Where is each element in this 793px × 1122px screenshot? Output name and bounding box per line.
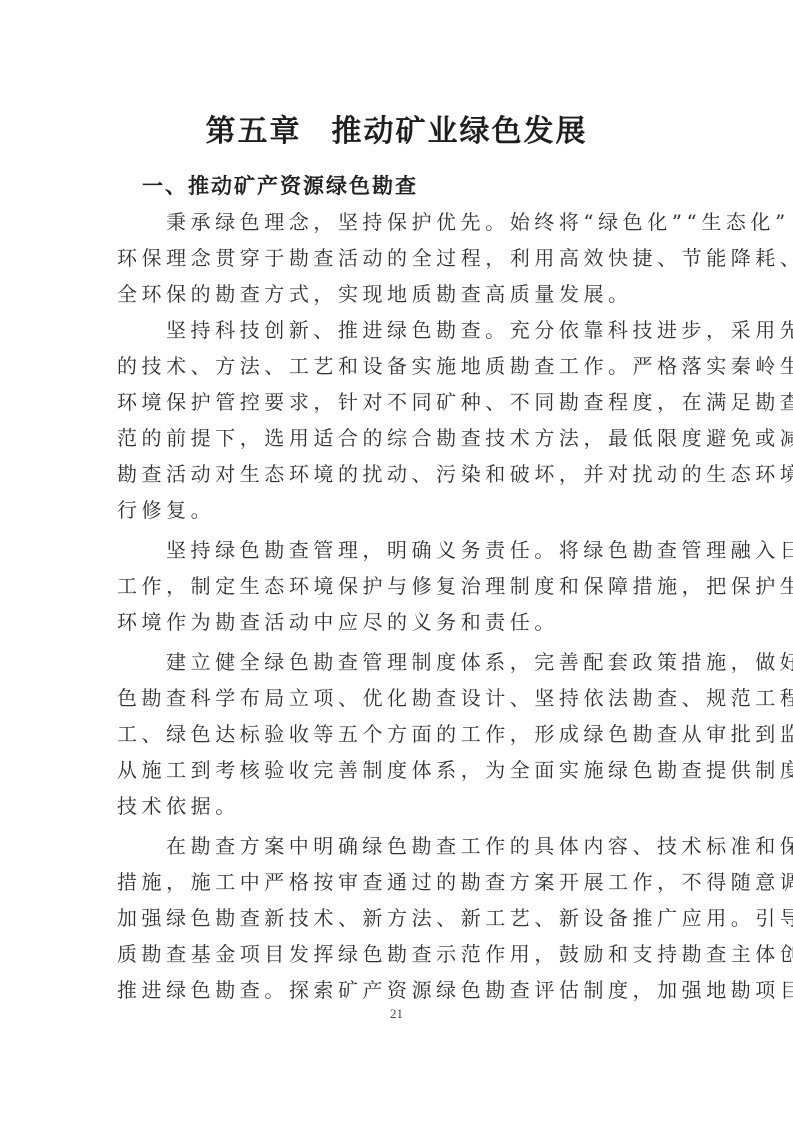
text-line: 环保理念贯穿于勘查活动的全过程，利用高效快捷、节能降耗、安: [117, 240, 687, 276]
page-number: 21: [0, 1006, 793, 1022]
paragraph-1: 秉承绿色理念，坚持保护优先。始终将“绿色化”“生态化” 环保理念贯穿于勘查活动的…: [117, 204, 687, 312]
text-line: 行修复。: [117, 492, 687, 528]
text-line: 建立健全绿色勘查管理制度体系，完善配套政策措施，做好绿: [117, 644, 687, 680]
paragraph-4: 建立健全绿色勘查管理制度体系，完善配套政策措施，做好绿 色勘查科学布局立项、优化…: [117, 644, 687, 824]
text-line: 推进绿色勘查。探索矿产资源绿色勘查评估制度，加强地勘项目生: [117, 972, 687, 1008]
text-line: 勘查活动对生态环境的扰动、污染和破坏，并对扰动的生态环境进: [117, 456, 687, 492]
paragraph-3: 坚持绿色勘查管理，明确义务责任。将绿色勘查管理融入日常 工作，制定生态环境保护与…: [117, 532, 687, 640]
text-line: 加强绿色勘查新技术、新方法、新工艺、新设备推广应用。引导地: [117, 900, 687, 936]
text-line: 环境保护管控要求，针对不同矿种、不同勘查程度，在满足勘查规: [117, 384, 687, 420]
text-line: 的技术、方法、工艺和设备实施地质勘查工作。严格落实秦岭生态: [117, 348, 687, 384]
chapter-title: 第五章推动矿业绿色发展: [0, 112, 793, 152]
text-line: 全环保的勘查方式，实现地质勘查高质量发展。: [117, 276, 687, 312]
chapter-number: 第五章: [206, 114, 302, 149]
body-text: 秉承绿色理念，坚持保护优先。始终将“绿色化”“生态化” 环保理念贯穿于勘查活动的…: [117, 204, 687, 1008]
text-line: 措施，施工中严格按审查通过的勘查方案开展工作，不得随意调整。: [117, 864, 687, 900]
text-line: 环境作为勘查活动中应尽的义务和责任。: [117, 604, 687, 640]
text-line: 秉承绿色理念，坚持保护优先。始终将“绿色化”“生态化”: [117, 204, 687, 240]
text-line: 范的前提下，选用适合的综合勘查技术方法，最低限度避免或减轻: [117, 420, 687, 456]
text-line: 在勘查方案中明确绿色勘查工作的具体内容、技术标准和保障: [117, 828, 687, 864]
text-line: 从施工到考核验收完善制度体系，为全面实施绿色勘查提供制度和: [117, 752, 687, 788]
text-line: 工作，制定生态环境保护与修复治理制度和保障措施，把保护生态: [117, 568, 687, 604]
text-line: 工、绿色达标验收等五个方面的工作，形成绿色勘查从审批到监管、: [117, 716, 687, 752]
text-line: 坚持绿色勘查管理，明确义务责任。将绿色勘查管理融入日常: [117, 532, 687, 568]
document-page: 第五章推动矿业绿色发展 一、推动矿产资源绿色勘查 秉承绿色理念，坚持保护优先。始…: [0, 0, 793, 1122]
paragraph-5: 在勘查方案中明确绿色勘查工作的具体内容、技术标准和保障 措施，施工中严格按审查通…: [117, 828, 687, 1008]
paragraph-2: 坚持科技创新、推进绿色勘查。充分依靠科技进步，采用先进 的技术、方法、工艺和设备…: [117, 312, 687, 528]
text-line: 坚持科技创新、推进绿色勘查。充分依靠科技进步，采用先进: [117, 312, 687, 348]
text-line: 质勘查基金项目发挥绿色勘查示范作用，鼓励和支持勘查主体创新: [117, 936, 687, 972]
text-line: 色勘查科学布局立项、优化勘查设计、坚持依法勘查、规范工程施: [117, 680, 687, 716]
text-line: 技术依据。: [117, 788, 687, 824]
section-heading: 一、推动矿产资源绿色勘查: [142, 171, 418, 201]
chapter-title-text: 推动矿业绿色发展: [332, 114, 588, 149]
